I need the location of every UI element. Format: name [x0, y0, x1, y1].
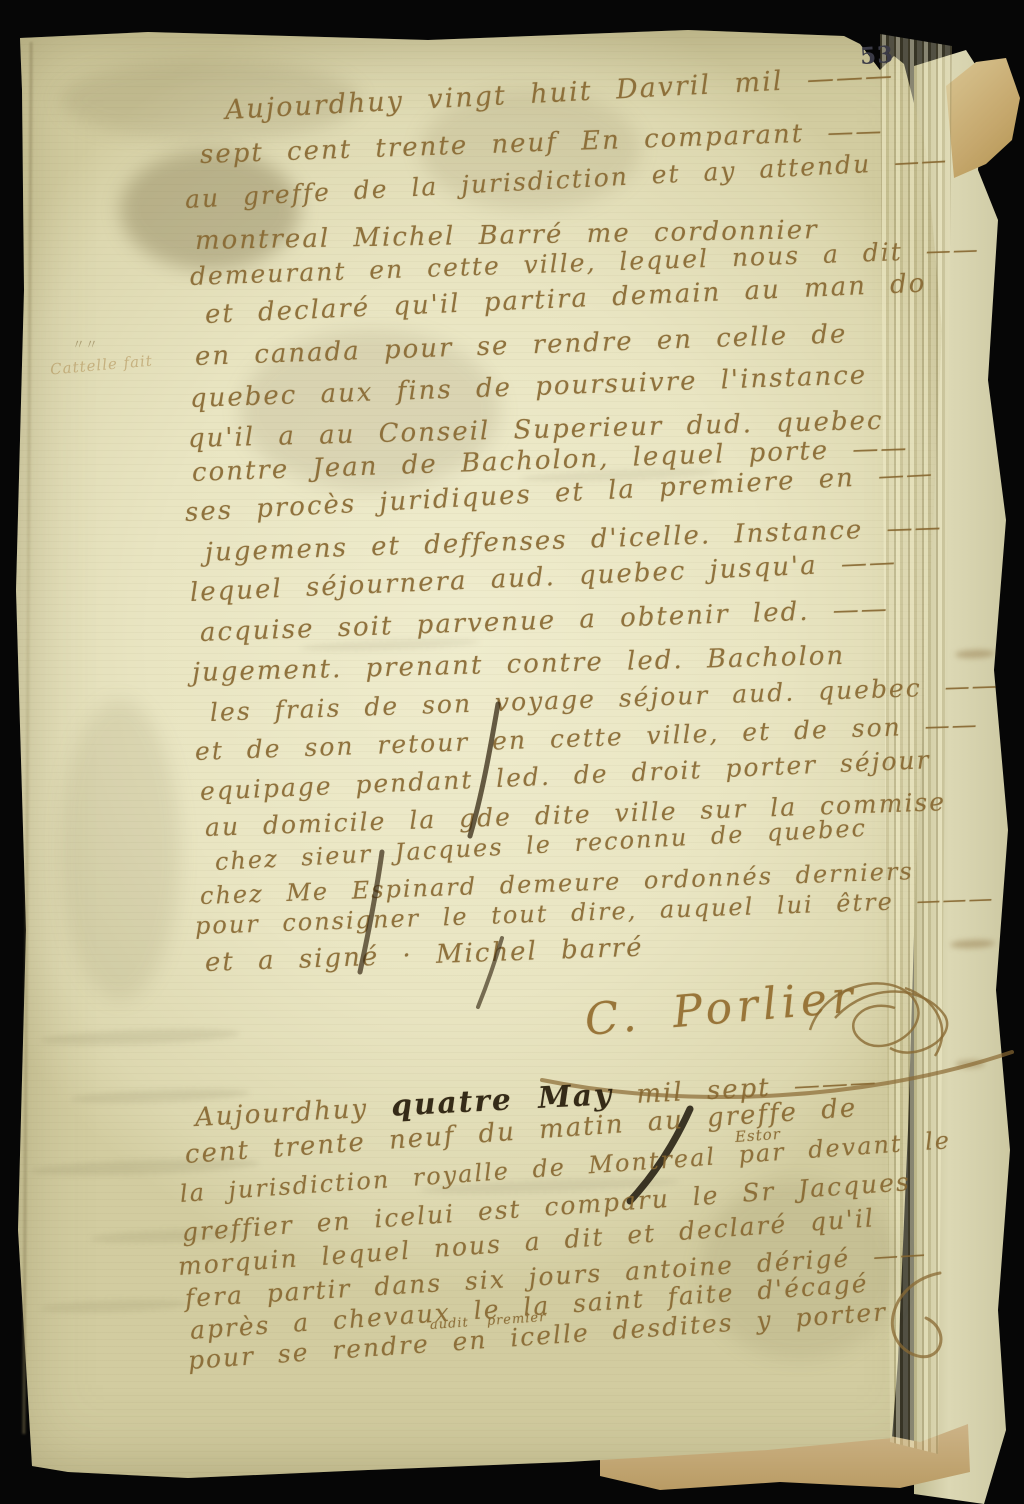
pen-stroke	[472, 935, 508, 1010]
pen-stroke	[460, 700, 510, 840]
pen-stroke	[352, 850, 392, 975]
margin-ditto-marks: 〃〃	[72, 334, 98, 353]
paper-stain	[60, 700, 180, 1000]
scanned-manuscript: 53 〃〃 Cattelle fait Aujourdhuy vingt hui…	[0, 0, 1024, 1504]
